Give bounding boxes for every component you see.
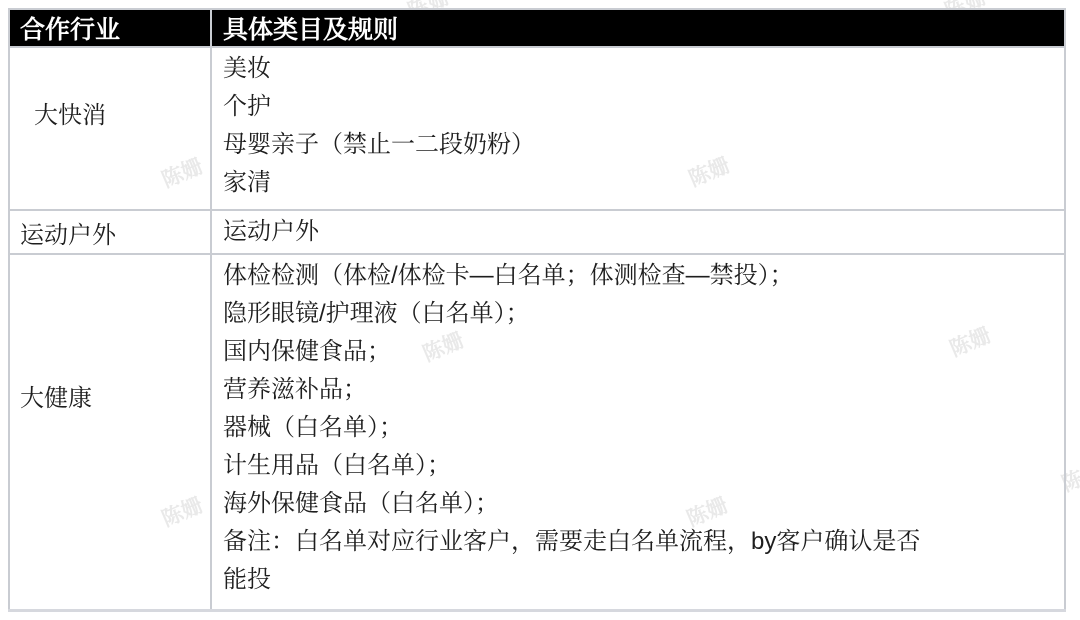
rule-line: 能投 <box>223 561 1050 599</box>
rule-line: 隐形眼镜/护理液（白名单）； <box>223 295 1050 333</box>
rule-line: 体检检测（体检/体检卡—白名单；体测检查—禁投）； <box>223 257 1050 295</box>
rules-cell: 美妆 个护 母婴亲子（禁止一二段奶粉） 家清 <box>211 47 1065 210</box>
table-row-fmcg: 大快消 美妆 个护 母婴亲子（禁止一二段奶粉） 家清 <box>9 47 1065 210</box>
rule-line: 备注：白名单对应行业客户，需要走白名单流程，by客户确认是否 <box>223 523 1050 561</box>
cooperation-industry-table: 合作行业 具体类目及规则 大快消 美妆 个护 母婴亲子（禁止一二段奶粉） 家清 … <box>8 8 1066 612</box>
industry-label: 运动户外 <box>20 215 116 250</box>
header-cell-rules: 具体类目及规则 <box>211 9 1065 47</box>
rule-line: 营养滋补品； <box>223 371 1050 409</box>
rule-line: 海外保健食品（白名单）； <box>223 485 1050 523</box>
rule-line: 器械（白名单）； <box>223 409 1050 447</box>
rules-cell: 运动户外 <box>211 210 1065 254</box>
rule-line: 美妆 <box>223 50 1050 88</box>
rules-cell: 体检检测（体检/体检卡—白名单；体测检查—禁投）； 隐形眼镜/护理液（白名单）；… <box>211 254 1065 610</box>
rule-line: 母婴亲子（禁止一二段奶粉） <box>223 126 1050 164</box>
rule-line: 国内保健食品； <box>223 333 1050 371</box>
rule-line: 计生用品（白名单）； <box>223 447 1050 485</box>
header-row: 合作行业 具体类目及规则 <box>9 9 1065 47</box>
industry-label: 大健康 <box>20 378 92 413</box>
rule-line: 家清 <box>223 164 1050 202</box>
industry-cell: 运动户外 <box>9 210 211 254</box>
table-row-sports-outdoor: 运动户外 运动户外 <box>9 210 1065 254</box>
rule-line: 运动户外 <box>223 213 1050 251</box>
rule-line: 个护 <box>223 88 1050 126</box>
industry-cell: 大健康 <box>9 254 211 610</box>
industry-label: 大快消 <box>34 95 106 130</box>
table-row-health: 大健康 体检检测（体检/体检卡—白名单；体测检查—禁投）； 隐形眼镜/护理液（白… <box>9 254 1065 610</box>
industry-cell: 大快消 <box>9 47 211 210</box>
header-cell-industry: 合作行业 <box>9 9 211 47</box>
